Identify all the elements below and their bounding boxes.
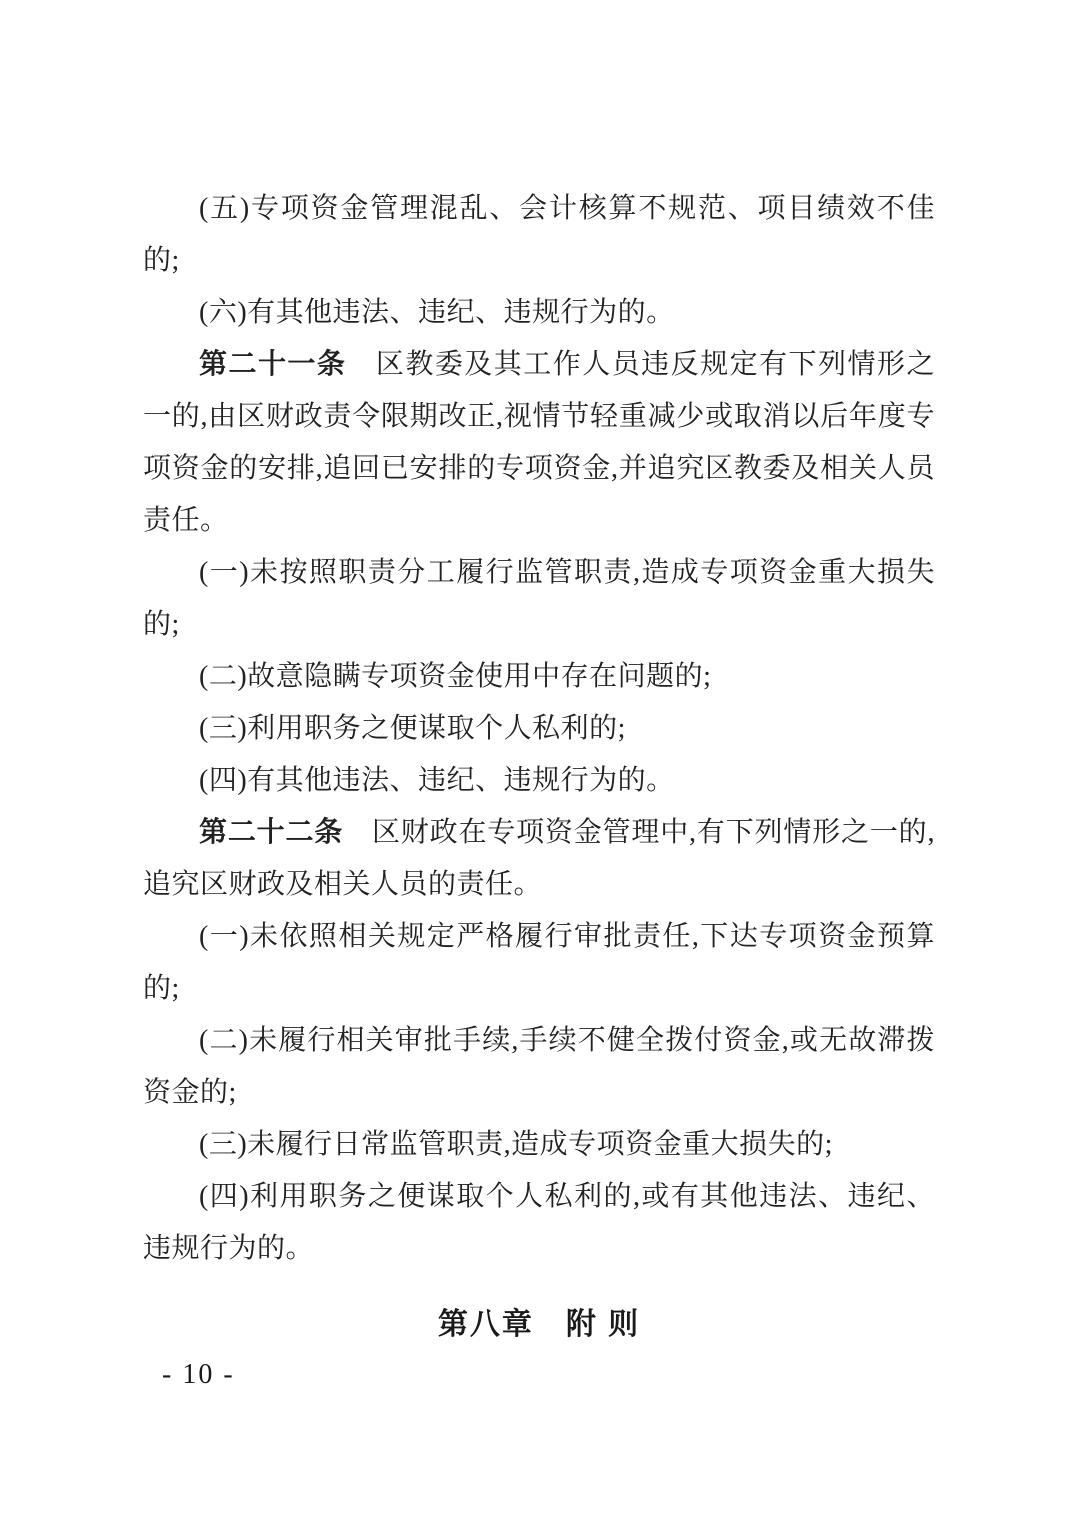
paragraph-text: (四)有其他违法、违纪、违规行为的。 <box>199 765 675 796</box>
paragraph-text: (一)未按照职责分工履行监管职责,造成专项资金重大损失的; <box>143 557 935 640</box>
paragraph: (二)故意隐瞒专项资金使用中存在问题的; <box>143 651 935 703</box>
paragraph-text: (二)未履行相关审批手续,手续不健全拨付资金,或无故滞拨资金的; <box>143 1025 935 1108</box>
paragraph: (四)有其他违法、违纪、违规行为的。 <box>143 755 935 807</box>
page-number: - 10 - <box>162 1358 235 1392</box>
paragraph: (一)未按照职责分工履行监管职责,造成专项资金重大损失的; <box>143 547 935 651</box>
paragraph: (一)未依照相关规定严格履行审批责任,下达专项资金预算的; <box>143 911 935 1015</box>
paragraph: (五)专项资金管理混乱、会计核算不规范、项目绩效不佳的; <box>143 183 935 287</box>
article-number: 第二十一条 <box>199 349 346 380</box>
paragraph-text: (五)专项资金管理混乱、会计核算不规范、项目绩效不佳的; <box>143 193 935 276</box>
paragraph-text: (三)未履行日常监管职责,造成专项资金重大损失的; <box>199 1129 833 1160</box>
document-page: (五)专项资金管理混乱、会计核算不规范、项目绩效不佳的; (六)有其他违法、违纪… <box>0 0 1074 1520</box>
article-number: 第二十二条 <box>199 817 343 848</box>
paragraph: (三)未履行日常监管职责,造成专项资金重大损失的; <box>143 1119 935 1171</box>
paragraph: (三)利用职务之便谋取个人私利的; <box>143 703 935 755</box>
paragraph-text: (四)利用职务之便谋取个人私利的,或有其他违法、违纪、违规行为的。 <box>143 1181 935 1264</box>
paragraph-text: (二)故意隐瞒专项资金使用中存在问题的; <box>199 661 711 692</box>
paragraph-text: (三)利用职务之便谋取个人私利的; <box>199 713 626 744</box>
chapter-heading: 第八章 附 则 <box>143 1307 935 1343</box>
paragraph-text: (六)有其他违法、违纪、违规行为的。 <box>199 297 675 328</box>
paragraph-text: (一)未依照相关规定严格履行审批责任,下达专项资金预算的; <box>143 921 935 1004</box>
paragraph: (四)利用职务之便谋取个人私利的,或有其他违法、违纪、违规行为的。 <box>143 1171 935 1275</box>
paragraph: (二)未履行相关审批手续,手续不健全拨付资金,或无故滞拨资金的; <box>143 1015 935 1119</box>
document-body: (五)专项资金管理混乱、会计核算不规范、项目绩效不佳的; (六)有其他违法、违纪… <box>143 0 935 1343</box>
paragraph-article-22: 第二十二条 区财政在专项资金管理中,有下列情形之一的,追究区财政及相关人员的责任… <box>143 807 935 911</box>
paragraph: (六)有其他违法、违纪、违规行为的。 <box>143 287 935 339</box>
paragraph-article-21: 第二十一条 区教委及其工作人员违反规定有下列情形之一的,由区财政责令限期改正,视… <box>143 339 935 547</box>
